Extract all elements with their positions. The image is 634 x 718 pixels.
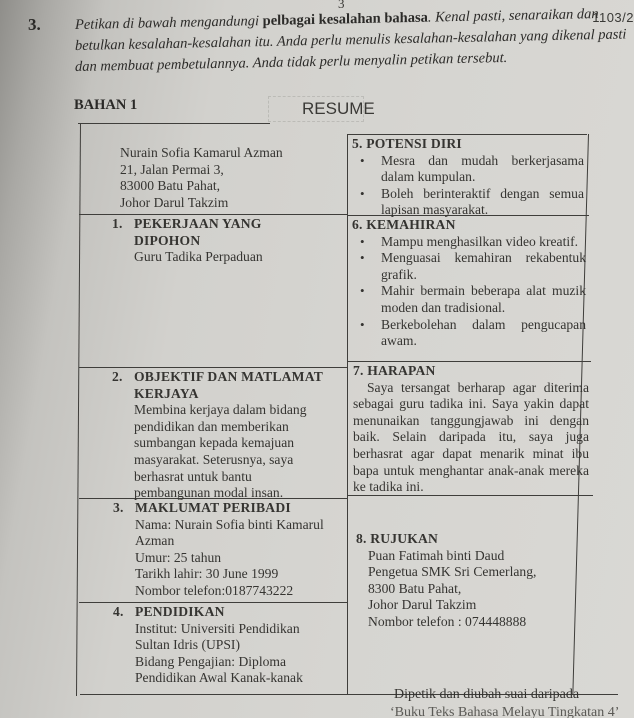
section-heading-cont: KERJAYA xyxy=(112,386,344,403)
row-divider-right-2 xyxy=(347,361,591,362)
body-line: Azman xyxy=(113,533,345,550)
section-heading: 1.PEKERJAAN YANG xyxy=(112,216,342,233)
body-line: Umur: 25 tahun xyxy=(113,550,345,567)
source-book-title: ‘Buku Teks Bahasa Melayu Tingkatan 4’ xyxy=(390,705,619,718)
row-divider-left-4 xyxy=(79,602,347,603)
applicant-name: Nurain Sofia Kamarul Azman xyxy=(120,145,340,162)
bullet-item: Mesra dan mudah berkerjasama dalam kumpu… xyxy=(352,153,584,186)
body-line: Puan Fatimah binti Daud xyxy=(356,548,586,565)
body-line: Nombor telefon : 074448888 xyxy=(356,614,586,631)
bullet-list: Mampu menghasilkan video kreatif. Mengua… xyxy=(352,234,586,350)
document-title: RESUME xyxy=(302,99,375,119)
section-heading: 7. HARAPAN xyxy=(353,363,589,380)
section-skills: 6. KEMAHIRAN Mampu menghasilkan video kr… xyxy=(352,217,586,350)
address-line: Johor Darul Takzim xyxy=(120,195,340,212)
section-heading: 5. POTENSI DIRI xyxy=(352,136,584,153)
section-career-objective: 2.OBJEKTIF DAN MATLAMAT KERJAYA Membina … xyxy=(112,369,344,502)
row-divider-left-2 xyxy=(79,367,347,368)
section-body: Guru Tadika Perpaduan xyxy=(112,249,342,266)
body-line: berhasrat untuk bantu xyxy=(112,469,344,486)
question-number: 3. xyxy=(28,15,41,35)
body-line: 8300 Batu Pahat, xyxy=(356,581,586,598)
bullet-item: Menguasai kemahiran rekabentuk grafik. xyxy=(352,250,586,283)
section-heading: 2.OBJEKTIF DAN MATLAMAT xyxy=(112,369,344,386)
bullet-item: Mampu menghasilkan video kreatif. xyxy=(352,234,586,251)
address-line: 21, Jalan Permai 3, xyxy=(120,162,340,179)
body-line: Membina kerjaya dalam bidang xyxy=(112,402,344,419)
body-line: Sultan Idris (UPSI) xyxy=(113,637,345,654)
body-line: Nombor telefon:0187743222 xyxy=(113,583,345,600)
material-label: BAHAN 1 xyxy=(74,97,137,114)
section-self-potential: 5. POTENSI DIRI Mesra dan mudah berkerja… xyxy=(352,136,584,219)
section-personal-info: 3.MAKLUMAT PERIBADI Nama: Nurain Sofia b… xyxy=(113,500,345,600)
instruction-bold-text: pelbagai kesalahan bahasa xyxy=(263,10,428,29)
table-column-divider xyxy=(347,134,348,694)
row-divider-left-1 xyxy=(79,214,347,215)
body-line: Pendidikan Awal Kanak-kanak xyxy=(113,670,345,687)
section-heading-cont: DIPOHON xyxy=(112,233,342,250)
table-border-top-left xyxy=(78,123,270,124)
body-line: masyarakat. Seterusnya, saya xyxy=(112,452,344,469)
section-heading: 3.MAKLUMAT PERIBADI xyxy=(113,500,345,517)
instruction-text-1: Petikan di bawah mengandungi xyxy=(75,13,263,33)
resume-header-cell: Nurain Sofia Kamarul Azman 21, Jalan Per… xyxy=(120,145,340,211)
body-line: Pengetua SMK Sri Cemerlang, xyxy=(356,564,586,581)
section-heading: 6. KEMAHIRAN xyxy=(352,217,586,234)
bullet-list: Mesra dan mudah berkerjasama dalam kumpu… xyxy=(352,153,584,219)
bullet-item: Boleh berinteraktif dengan semua lapisan… xyxy=(352,186,584,219)
section-education: 4.PENDIDIKAN Institut: Universiti Pendid… xyxy=(113,604,345,687)
body-line: Bidang Pengajian: Diploma xyxy=(113,654,345,671)
section-reference: 8. RUJUKAN Puan Fatimah binti Daud Penge… xyxy=(356,531,586,631)
body-line: Nama: Nurain Sofia binti Kamarul xyxy=(113,517,345,534)
question-instruction: Petikan di bawah mengandungi pelbagai ke… xyxy=(75,3,634,78)
section-body: Saya tersangat berharap agar diterima se… xyxy=(353,380,589,496)
section-job-applied: 1.PEKERJAAN YANG DIPOHON Guru Tadika Per… xyxy=(112,216,342,266)
body-line: sumbangan kepada kemajuan xyxy=(112,435,344,452)
bullet-item: Berkebolehan dalam pengucapan awam. xyxy=(352,317,586,350)
body-line: Johor Darul Takzim xyxy=(356,597,586,614)
section-heading: 8. RUJUKAN xyxy=(356,531,586,548)
body-line: pendidikan dan memberikan xyxy=(112,419,344,436)
source-attribution: Dipetik dan diubah suai daripada xyxy=(394,687,579,703)
address-line: 83000 Batu Pahat, xyxy=(120,178,340,195)
section-hope: 7. HARAPAN Saya tersangat berharap agar … xyxy=(353,363,589,496)
bullet-item: Mahir bermain beberapa alat muzik moden … xyxy=(352,283,586,316)
table-border-left xyxy=(76,123,81,696)
body-line: Institut: Universiti Pendidikan xyxy=(113,621,345,638)
section-heading: 4.PENDIDIKAN xyxy=(113,604,345,621)
table-border-top-right xyxy=(347,134,587,135)
body-line: Tarikh lahir: 30 June 1999 xyxy=(113,566,345,583)
